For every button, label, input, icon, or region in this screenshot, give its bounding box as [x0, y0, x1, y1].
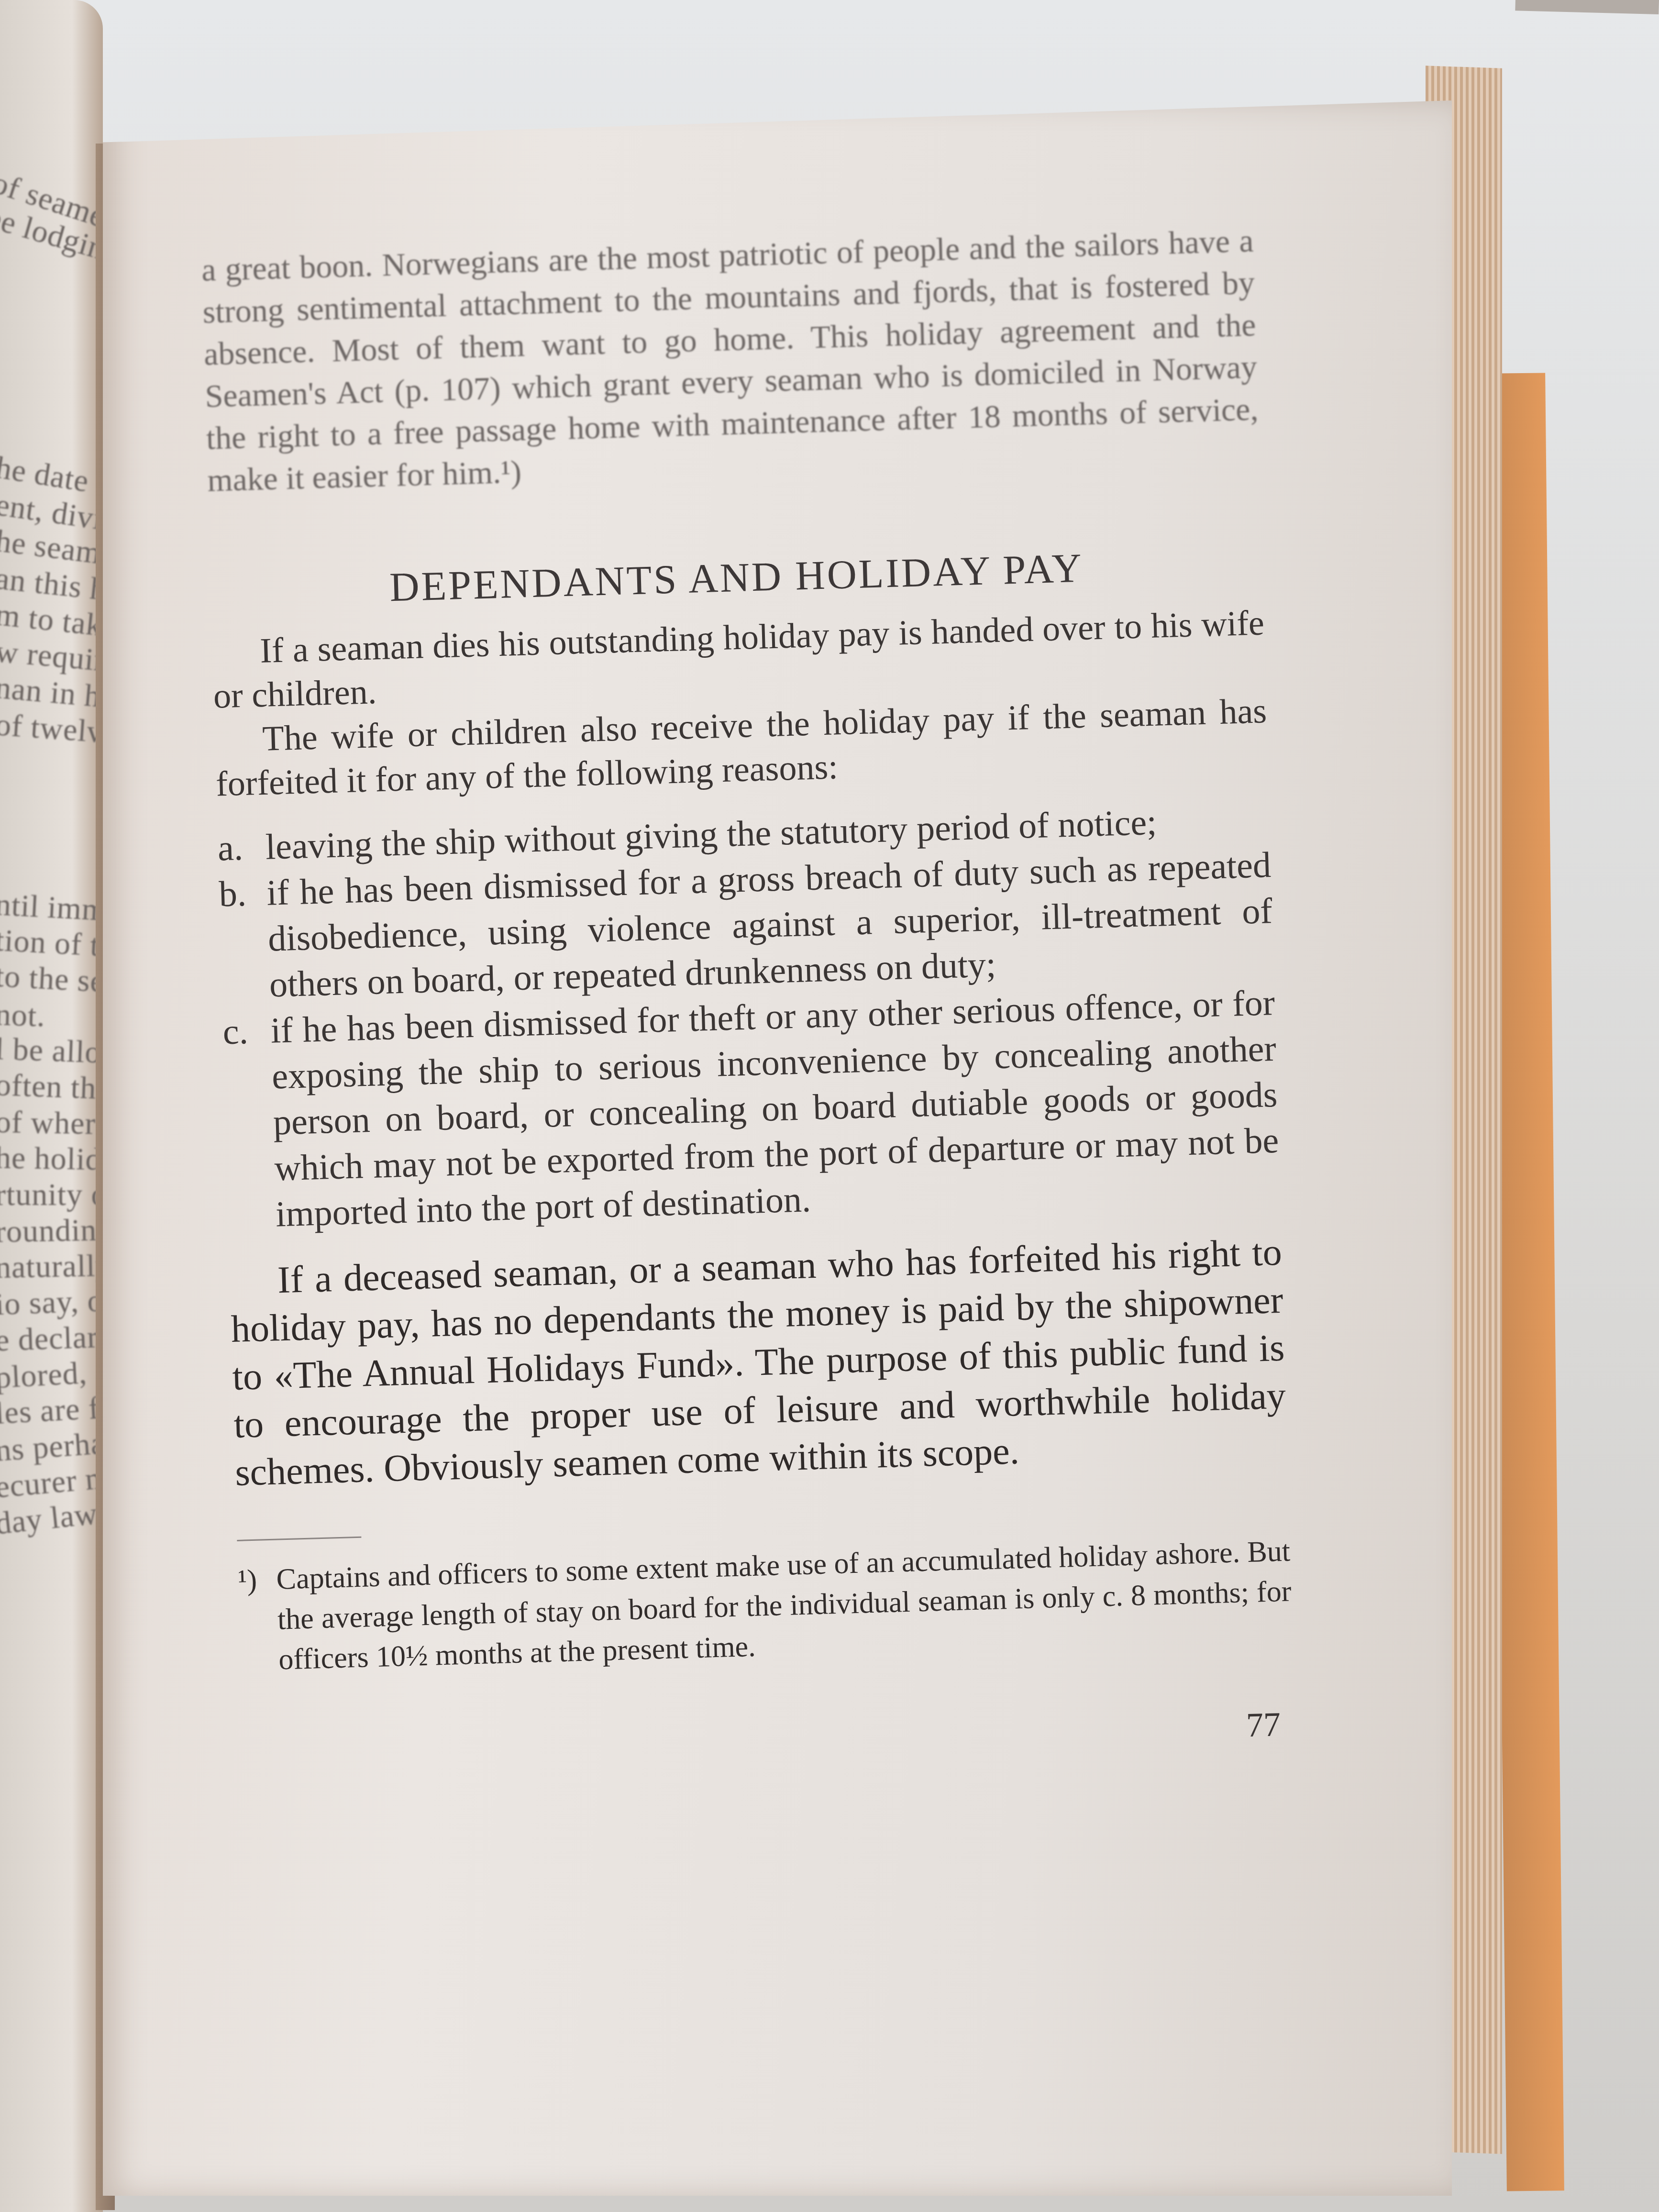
left-fragment: l be allow- — [0, 1031, 103, 1072]
list-marker: a. — [217, 824, 266, 872]
left-fragment: naturally, — [0, 1248, 103, 1286]
page-content: a great boon. Norwegians are the most pa… — [201, 220, 1295, 1773]
footnote-marker: ¹) — [238, 1559, 279, 1681]
left-fragment: e declared — [0, 1318, 103, 1359]
left-fragment: plored, al- — [0, 1353, 103, 1396]
left-fragment: often than — [0, 1067, 103, 1108]
left-fragment: les are for — [0, 1389, 103, 1432]
list-item: c. if he has been dismissed for theft or… — [222, 980, 1281, 1239]
list-marker: c. — [222, 1008, 276, 1239]
footnote-divider — [237, 1537, 361, 1541]
desk-object — [1515, 0, 1659, 14]
left-fragment: rtunity of — [0, 1177, 103, 1213]
left-fragment: of twelv — [0, 707, 103, 751]
intro-paragraph: a great boon. Norwegians are the most pa… — [201, 220, 1260, 501]
left-fragment: io say, or — [0, 1283, 103, 1323]
list-text: if he has been dismissed for a gross bre… — [266, 842, 1274, 1008]
paragraph-holidays-fund: If a deceased seaman, or a seaman who ha… — [229, 1228, 1288, 1497]
footnote-text: Captains and officers to some extent mak… — [276, 1531, 1293, 1680]
reasons-list: a. leaving the ship without giving the s… — [217, 796, 1281, 1239]
list-text: if he has been dismissed for theft or an… — [270, 980, 1281, 1237]
left-fragment: to the sea- — [0, 958, 103, 1002]
footnote: ¹) Captains and officers to some extent … — [238, 1531, 1293, 1681]
left-page: of seame ee lodgin he date of ent, divid… — [0, 0, 103, 2212]
list-marker: b. — [218, 870, 270, 1009]
section-heading: DEPENDANTS AND HOLIDAY PAY — [210, 539, 1263, 616]
left-fragment: he holiday — [0, 1140, 103, 1179]
left-fragment: roundings. — [0, 1211, 103, 1250]
left-fragment: not. — [0, 996, 46, 1035]
left-fragment: of where — [0, 1104, 103, 1142]
